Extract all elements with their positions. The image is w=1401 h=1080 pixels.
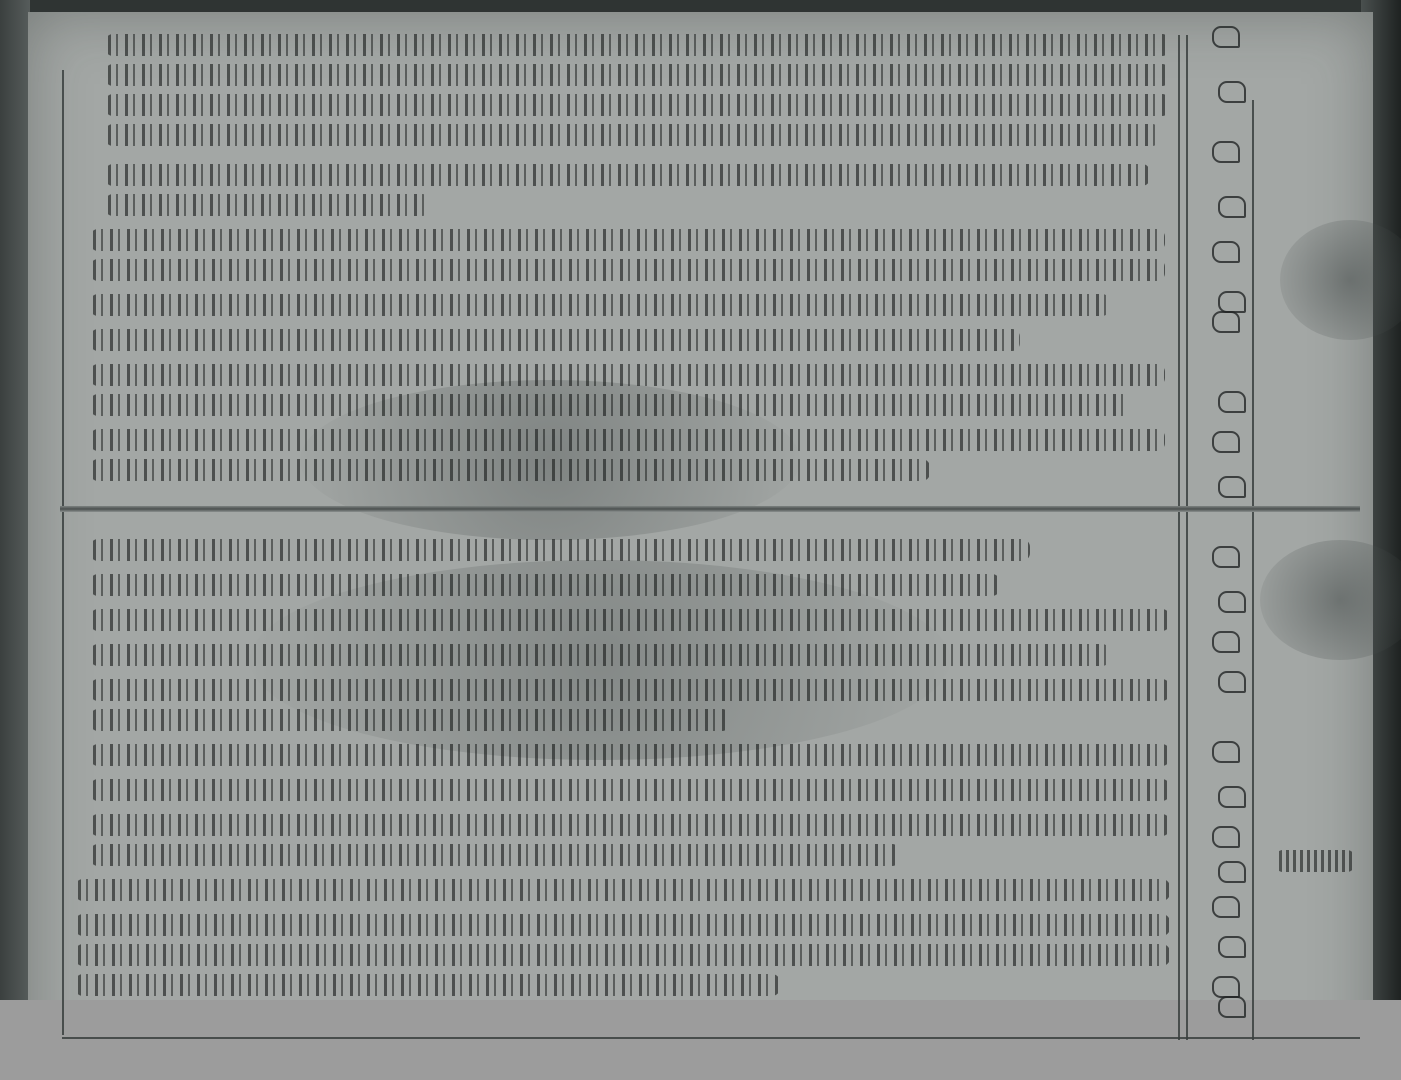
lower-block-line-3	[90, 609, 1170, 631]
lower-block-line-12	[75, 914, 1170, 936]
lower-block-line-7	[90, 744, 1170, 766]
margin-annotation	[1212, 631, 1240, 653]
upper-block-line-2	[105, 64, 1170, 86]
left-margin-rule	[62, 70, 64, 1035]
upper-block-line-8	[90, 259, 1165, 281]
margin-annotation	[1218, 591, 1246, 613]
margin-annotation	[1212, 826, 1240, 848]
margin-annotation	[1218, 786, 1246, 808]
upper-block-line-14	[90, 459, 930, 481]
margin-annotation	[1212, 741, 1240, 763]
lower-block-line-10	[90, 844, 900, 866]
margin-annotation	[1218, 81, 1246, 103]
margin-annotation	[1212, 141, 1240, 163]
margin-annotation	[1218, 671, 1246, 693]
margin-annotation	[1218, 996, 1246, 1018]
upper-block-line-6	[105, 194, 430, 216]
lower-block-line-8	[90, 779, 1170, 801]
paper-fold-line	[60, 506, 1360, 512]
upper-block-line-11	[90, 364, 1165, 386]
lower-block-line-1	[90, 539, 1030, 561]
upper-block-line-3	[105, 94, 1170, 116]
lower-block-line-5	[90, 679, 1170, 701]
scan-backdrop-left	[0, 0, 30, 1080]
lower-block-line-9	[90, 814, 1170, 836]
upper-block-line-12	[90, 394, 1130, 416]
margin-annotation	[1212, 431, 1240, 453]
margin-annotation	[1218, 291, 1246, 313]
upper-block-line-1	[105, 34, 1170, 56]
margin-annotation	[1218, 391, 1246, 413]
lower-block-line-13	[75, 944, 1170, 966]
lower-block-line-11	[75, 879, 1170, 901]
margin-annotation	[1212, 311, 1240, 333]
lower-block-line-4	[90, 644, 1110, 666]
margin-annotation	[1212, 26, 1240, 48]
upper-block-line-13	[90, 429, 1165, 451]
upper-block-line-5	[105, 164, 1150, 186]
margin-annotation	[1218, 861, 1246, 883]
upper-block-line-10	[90, 329, 1020, 351]
upper-block-line-4	[105, 124, 1160, 146]
body-right-rule-1	[1178, 35, 1180, 1040]
upper-block-line-9	[90, 294, 1110, 316]
margin-annotation	[1218, 196, 1246, 218]
lower-block-line-2	[90, 574, 1000, 596]
body-right-rule-2	[1186, 35, 1188, 1040]
upper-block-line-7	[90, 229, 1165, 251]
bottom-rule	[62, 1037, 1360, 1039]
margin-annotation	[1218, 936, 1246, 958]
margin-annotation	[1212, 241, 1240, 263]
margin-annotation	[1218, 476, 1246, 498]
margin-column-right-rule	[1252, 100, 1254, 1040]
side-note-lower-right	[1275, 850, 1355, 872]
margin-annotation	[1212, 976, 1240, 998]
margin-annotation	[1212, 896, 1240, 918]
page-lower-margin	[0, 1000, 1401, 1080]
lower-block-line-14	[75, 974, 780, 996]
lower-block-line-6	[90, 709, 730, 731]
margin-annotation	[1212, 546, 1240, 568]
